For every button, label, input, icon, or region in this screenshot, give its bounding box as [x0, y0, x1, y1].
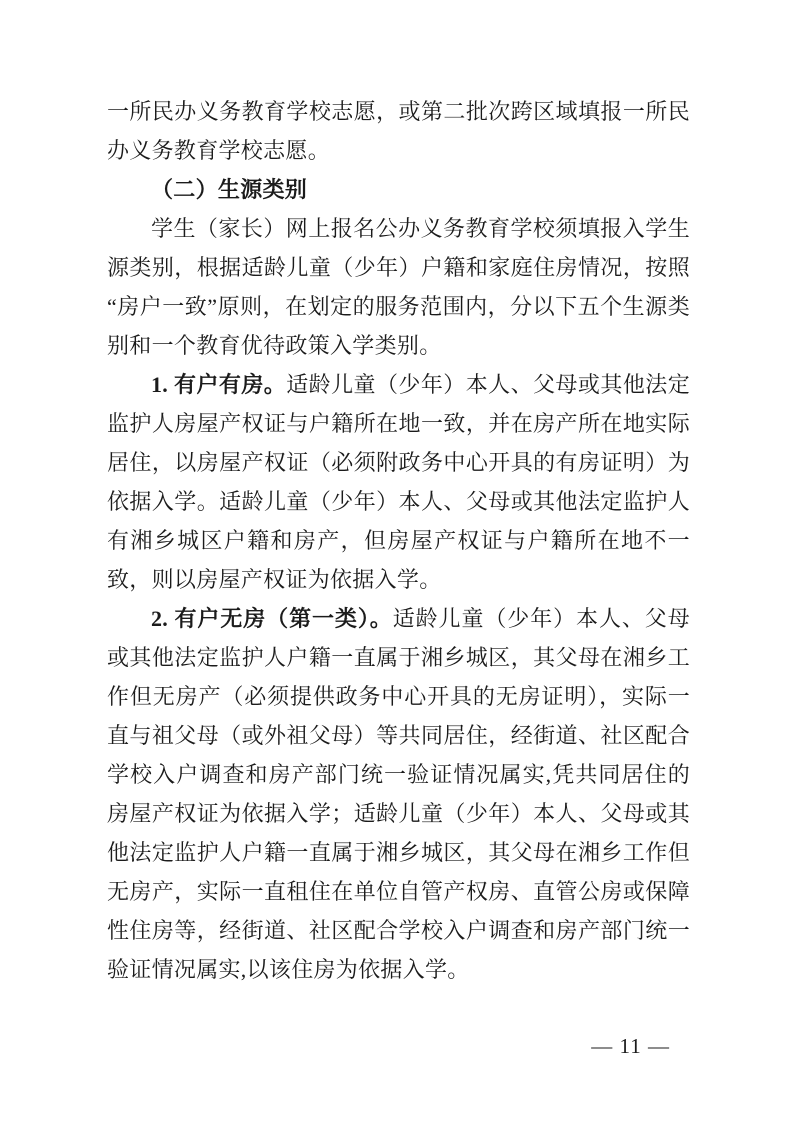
page-number: — 11 —	[591, 1034, 670, 1058]
item-1-paragraph: 1. 有户有房。适龄儿童（少年）本人、父母或其他法定监护人房屋产权证与户籍所在地…	[107, 365, 690, 599]
item-2-paragraph: 2. 有户无房（第一类）。适龄儿童（少年）本人、父母或其他法定监护人户籍一直属于…	[107, 599, 690, 989]
continuation-paragraph: 一所民办义务教育学校志愿，或第二批次跨区域填报一所民办义务教育学校志愿。	[107, 92, 690, 170]
page-footer: — 11 —	[591, 1034, 670, 1058]
document-page: 一所民办义务教育学校志愿，或第二批次跨区域填报一所民办义务教育学校志愿。 （二）…	[0, 0, 793, 1122]
section-heading: （二）生源类别	[107, 170, 690, 209]
item-2-body: 适龄儿童（少年）本人、父母或其他法定监护人户籍一直属于湘乡城区，其父母在湘乡工作…	[107, 606, 690, 982]
intro-paragraph: 学生（家长）网上报名公办义务教育学校须填报入学生源类别，根据适龄儿童（少年）户籍…	[107, 209, 690, 365]
item-1-body: 适龄儿童（少年）本人、父母或其他法定监护人房屋产权证与户籍所在地一致，并在房产所…	[107, 372, 690, 592]
item-2-lead: 2. 有户无房（第一类）。	[151, 606, 393, 631]
item-1-lead: 1. 有户有房。	[151, 372, 286, 397]
document-body: 一所民办义务教育学校志愿，或第二批次跨区域填报一所民办义务教育学校志愿。 （二）…	[107, 92, 690, 989]
